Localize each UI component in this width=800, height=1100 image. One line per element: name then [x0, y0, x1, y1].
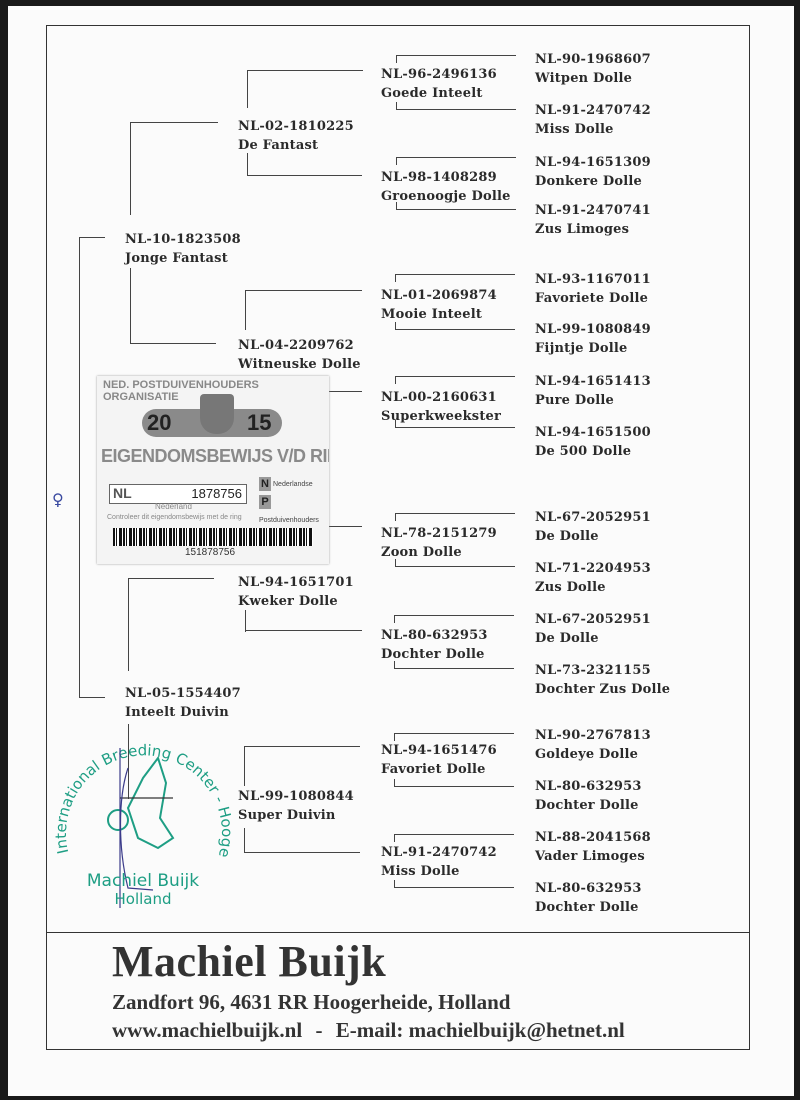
- ring-number: NL-98-1408289: [381, 168, 511, 187]
- lion-crest-icon: [200, 394, 234, 434]
- connector: [245, 610, 246, 632]
- breeder-contact: www.machielbuijk.nl - E-mail: machielbui…: [112, 1018, 625, 1043]
- ring-number: NL-90-1968607: [535, 50, 651, 69]
- ring-number: NL-80-632953: [535, 777, 642, 796]
- connector: [394, 834, 514, 835]
- card-title: EIGENDOMSBEWIJS V/D RING: [101, 446, 329, 467]
- svg-text:Machiel Buijk: Machiel Buijk: [87, 871, 199, 891]
- connector: [244, 828, 245, 852]
- pedigree-gen3-7: NL-94-1651476 Favoriet Dolle: [381, 741, 497, 779]
- pedigree-gen2-1: NL-02-1810225 De Fantast: [238, 117, 354, 155]
- website-link[interactable]: www.machielbuijk.nl: [112, 1018, 302, 1042]
- year-right: 15: [247, 410, 271, 436]
- separator: -: [315, 1018, 322, 1042]
- ring-number: NL-94-1651476: [381, 741, 497, 760]
- pedigree-gen4-4: NL-91-2470741Zus Limoges: [535, 201, 651, 239]
- connector: [245, 290, 246, 330]
- barcode-icon: [113, 528, 313, 546]
- ring-number: NL-02-1810225: [238, 117, 354, 136]
- npo-line: Postduivenhouders: [259, 517, 319, 524]
- ring-number: NL-94-1651500: [535, 423, 651, 442]
- bird-name: Super Duivin: [238, 806, 354, 825]
- bird-name: Dochter Dolle: [535, 898, 642, 917]
- bird-name: Vader Limoges: [535, 847, 651, 866]
- connector: [244, 746, 245, 786]
- pedigree-sire: NL-10-1823508 Jonge Fantast: [125, 230, 241, 268]
- pedigree-gen4-2: NL-91-2470742Miss Dolle: [535, 101, 651, 139]
- connector: [245, 290, 362, 291]
- pedigree-gen4-12: NL-73-2321155Dochter Zus Dolle: [535, 661, 670, 699]
- pedigree-gen4-1: NL-90-1968607Witpen Dolle: [535, 50, 651, 88]
- country-code: NL: [113, 485, 132, 501]
- breeding-center-stamp: International Breeding Center - Hoogerhe…: [48, 738, 238, 918]
- barcode-number: 151878756: [185, 547, 235, 558]
- email-label: E-mail:: [336, 1018, 404, 1042]
- connector: [130, 343, 216, 344]
- ring-number: NL-91-2470741: [535, 201, 651, 220]
- connector: [396, 55, 516, 56]
- bird-name: Zus Dolle: [535, 578, 651, 597]
- connector: [128, 578, 129, 671]
- pedigree-gen4-3: NL-94-1651309Donkere Dolle: [535, 153, 651, 191]
- pedigree-gen3-1: NL-96-2496136 Goede Inteelt: [381, 65, 497, 103]
- connector: [130, 122, 131, 215]
- pedigree-dam: NL-05-1554407 Inteelt Duivin: [125, 684, 241, 722]
- ring-number: NL-04-2209762: [238, 336, 361, 355]
- ring-number: NL-73-2321155: [535, 661, 670, 680]
- ring-number: NL-91-2470742: [381, 843, 497, 862]
- ring-number: NL-80-632953: [381, 626, 488, 645]
- connector: [245, 630, 362, 631]
- ring-number: NL-93-1167011: [535, 270, 651, 289]
- footer-divider: [46, 932, 750, 933]
- bird-name: Dochter Zus Dolle: [535, 680, 670, 699]
- bird-name: Favoriete Dolle: [535, 289, 651, 308]
- connector: [396, 157, 516, 158]
- ring-number: NL-96-2496136: [381, 65, 497, 84]
- ring-ownership-card: NED. POSTDUIVENHOUDERS ORGANISATIE 20 15…: [97, 376, 329, 564]
- pedigree-gen3-4: NL-00-2160631 Superkweekster: [381, 388, 501, 426]
- connector: [130, 122, 218, 123]
- svg-text:Holland: Holland: [114, 890, 171, 908]
- pedigree-gen4-10: NL-71-2204953Zus Dolle: [535, 559, 651, 597]
- connector: [130, 268, 131, 343]
- pedigree-gen3-6: NL-80-632953 Dochter Dolle: [381, 626, 488, 664]
- connector: [247, 175, 362, 176]
- ring-number: NL-80-632953: [535, 879, 642, 898]
- bird-name: Donkere Dolle: [535, 172, 651, 191]
- ring-number: NL-88-2041568: [535, 828, 651, 847]
- bird-name: Miss Dolle: [381, 862, 497, 881]
- ring-number: NL-71-2204953: [535, 559, 651, 578]
- connector: [396, 109, 516, 110]
- pedigree-gen4-13: NL-90-2767813Goldeye Dolle: [535, 726, 651, 764]
- connector: [395, 329, 515, 330]
- pedigree-gen2-3: NL-94-1651701 Kweker Dolle: [238, 573, 354, 611]
- connector: [395, 376, 515, 377]
- npo-initial: N: [259, 477, 271, 491]
- connector: [128, 578, 214, 579]
- pedigree-gen4-16: NL-80-632953Dochter Dolle: [535, 879, 642, 917]
- bird-name: De 500 Dolle: [535, 442, 651, 461]
- bird-name: Zoon Dolle: [381, 543, 497, 562]
- pedigree-gen4-8: NL-94-1651500De 500 Dolle: [535, 423, 651, 461]
- ring-number: 1878756: [191, 486, 242, 501]
- connector: [395, 566, 515, 567]
- ring-number: NL-91-2470742: [535, 101, 651, 120]
- connector: [247, 70, 363, 71]
- connector: [79, 237, 80, 697]
- pedigree-gen4-6: NL-99-1080849Fijntje Dolle: [535, 320, 651, 358]
- bird-name: Witneuske Dolle: [238, 355, 361, 374]
- pedigree-gen4-7: NL-94-1651413Pure Dolle: [535, 372, 651, 410]
- bird-name: Mooie Inteelt: [381, 305, 497, 324]
- connector: [395, 513, 515, 514]
- connector: [394, 887, 514, 888]
- connector: [244, 852, 360, 853]
- email-link[interactable]: machielbuijk@hetnet.nl: [409, 1018, 625, 1042]
- connector: [395, 427, 515, 428]
- connector: [79, 697, 105, 698]
- bird-name: Dochter Dolle: [381, 645, 488, 664]
- ring-number: NL-10-1823508: [125, 230, 241, 249]
- eagle-icon: [128, 758, 173, 848]
- pedigree-gen4-5: NL-93-1167011Favoriete Dolle: [535, 270, 651, 308]
- ring-number-box: NL 1878756: [109, 484, 247, 504]
- pedigree-gen4-15: NL-88-2041568Vader Limoges: [535, 828, 651, 866]
- pedigree-gen4-9: NL-67-2052951De Dolle: [535, 508, 651, 546]
- connector: [394, 786, 514, 787]
- pedigree-gen3-3: NL-01-2069874 Mooie Inteelt: [381, 286, 497, 324]
- npo-line: Nederlandse: [273, 481, 313, 488]
- bird-name: Goede Inteelt: [381, 84, 497, 103]
- bird-name: Pure Dolle: [535, 391, 651, 410]
- connector: [394, 733, 514, 734]
- pedigree-gen4-11: NL-67-2052951De Dolle: [535, 610, 651, 648]
- ring-number: NL-90-2767813: [535, 726, 651, 745]
- connector: [395, 274, 515, 275]
- breeder-name: Machiel Buijk: [112, 936, 386, 987]
- ring-number: NL-00-2160631: [381, 388, 501, 407]
- bird-name: Goldeye Dolle: [535, 745, 651, 764]
- female-symbol-note: ♀: [52, 490, 64, 509]
- bird-name: Miss Dolle: [535, 120, 651, 139]
- pedigree-gen3-5: NL-78-2151279 Zoon Dolle: [381, 524, 497, 562]
- pedigree-gen2-4: NL-99-1080844 Super Duivin: [238, 787, 354, 825]
- connector: [247, 153, 248, 175]
- bird-name: Favoriet Dolle: [381, 760, 497, 779]
- bird-name: Jonge Fantast: [125, 249, 241, 268]
- connector: [79, 237, 105, 238]
- bird-name: Dochter Dolle: [535, 796, 642, 815]
- ring-number: NL-01-2069874: [381, 286, 497, 305]
- ring-number: NL-99-1080844: [238, 787, 354, 806]
- bird-name: De Fantast: [238, 136, 354, 155]
- bird-name: De Dolle: [535, 527, 651, 546]
- connector: [247, 70, 248, 108]
- connector: [244, 746, 360, 747]
- ring-number: NL-05-1554407: [125, 684, 241, 703]
- bird-name: Fijntje Dolle: [535, 339, 651, 358]
- country: Nederland: [155, 502, 192, 511]
- pedigree-gen2-2: NL-04-2209762 Witneuske Dolle: [238, 336, 361, 374]
- breeder-address: Zandfort 96, 4631 RR Hoogerheide, Hollan…: [112, 990, 510, 1015]
- check-text: Controleer dit eigendomsbewijs met de ri…: [107, 514, 242, 521]
- pedigree-gen4-14: NL-80-632953Dochter Dolle: [535, 777, 642, 815]
- ring-number: NL-94-1651309: [535, 153, 651, 172]
- npo-initial: P: [259, 495, 271, 509]
- ring-number: NL-67-2052951: [535, 610, 651, 629]
- bird-name: Kweker Dolle: [238, 592, 354, 611]
- bird-name: Inteelt Duivin: [125, 703, 241, 722]
- pedigree-gen3-2: NL-98-1408289 Groenoogje Dolle: [381, 168, 511, 206]
- bird-name: Groenoogje Dolle: [381, 187, 511, 206]
- pedigree-gen3-8: NL-91-2470742 Miss Dolle: [381, 843, 497, 881]
- ring-number: NL-78-2151279: [381, 524, 497, 543]
- ring-number: NL-94-1651413: [535, 372, 651, 391]
- bird-name: De Dolle: [535, 629, 651, 648]
- connector: [394, 668, 514, 669]
- connector: [394, 615, 514, 616]
- connector: [396, 209, 516, 210]
- bird-name: Superkweekster: [381, 407, 501, 426]
- ring-number: NL-99-1080849: [535, 320, 651, 339]
- ring-number: NL-94-1651701: [238, 573, 354, 592]
- bird-name: Witpen Dolle: [535, 69, 651, 88]
- ring-number: NL-67-2052951: [535, 508, 651, 527]
- year-left: 20: [147, 410, 171, 436]
- bird-name: Zus Limoges: [535, 220, 651, 239]
